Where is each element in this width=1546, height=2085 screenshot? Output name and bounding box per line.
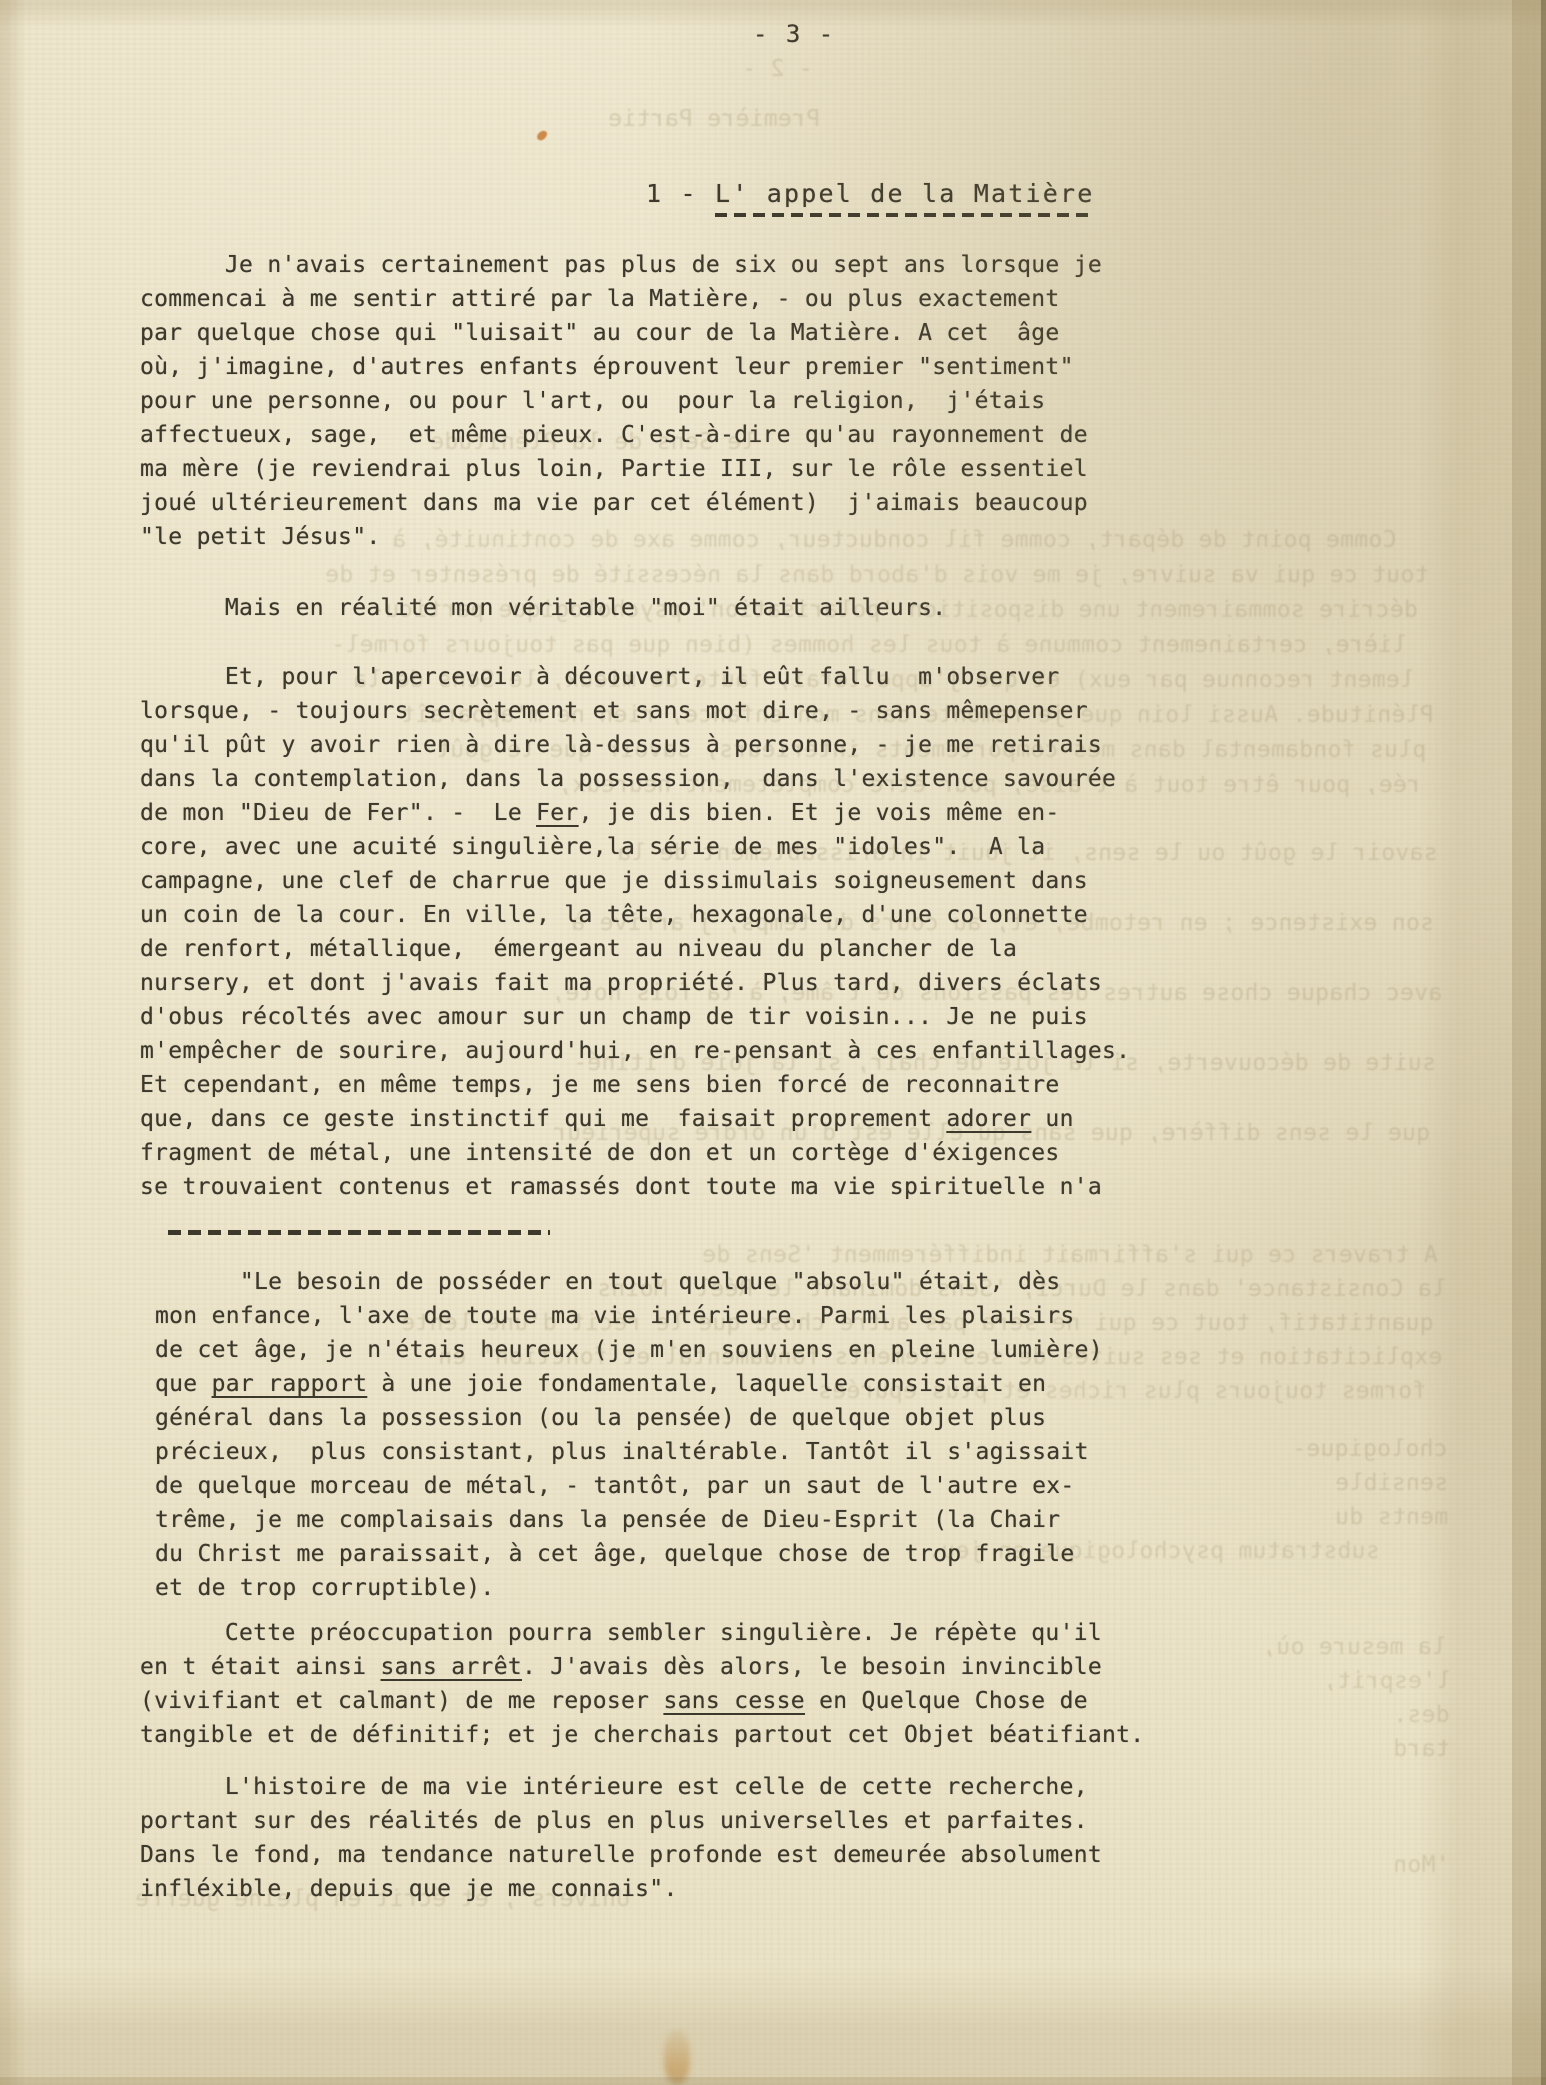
bleedthrough-text: chologique- <box>1292 1432 1448 1466</box>
typescript-page: - 2 -Première Partiele Sens de la Plénit… <box>0 0 1546 2085</box>
text-line: Cette préoccupation pourra sembler singu… <box>140 1616 1220 1650</box>
text-line: qu'il pût y avoir rien à dire là-dessus … <box>140 728 1220 762</box>
text-line: de cet âge, je n'étais heureux (je m'en … <box>155 1333 1220 1367</box>
text-line: m'empêcher de sourire, aujourd'hui, en r… <box>140 1034 1220 1068</box>
bleedthrough-text: sensible <box>1335 1466 1448 1500</box>
paragraph-6: L'histoire de ma vie intérieure est cell… <box>140 1770 1220 1906</box>
text-line: joué ultérieurement dans ma vie par cet … <box>140 486 1220 520</box>
text-line: par quelque chose qui "luisait" au cour … <box>140 316 1220 350</box>
page-number: - 3 - <box>753 20 835 48</box>
text-line: de mon "Dieu de Fer". - Le Fer, je dis b… <box>140 796 1220 830</box>
text-line: d'obus récoltés avec amour sur un champ … <box>140 1000 1220 1034</box>
text-line: nursery, et dont j'avais fait ma proprié… <box>140 966 1220 1000</box>
paragraph-2: Mais en réalité mon véritable "moi" étai… <box>140 591 1220 625</box>
text-line: du Christ me paraissait, à cet âge, quel… <box>155 1537 1220 1571</box>
paper-stain <box>664 2030 690 2085</box>
bleedthrough-text: ments du <box>1335 1500 1448 1534</box>
bleedthrough-text: Première Partie <box>608 102 820 136</box>
text-line: général dans la possession (ou la pensée… <box>155 1401 1220 1435</box>
text-line: infléxible, depuis que je me connais". <box>140 1872 1220 1906</box>
text-line: Et, pour l'apercevoir à découvert, il eû… <box>140 660 1220 694</box>
paragraph-5: Cette préoccupation pourra sembler singu… <box>140 1616 1220 1752</box>
text-line: et de trop corruptible). <box>155 1571 1220 1605</box>
text-line: de renfort, métallique, émergeant au niv… <box>140 932 1220 966</box>
text-line: Dans le fond, ma tendance naturelle prof… <box>140 1838 1220 1872</box>
text-line: un coin de la cour. En ville, la tête, h… <box>140 898 1220 932</box>
bleedthrough-text: - 2 - <box>742 52 813 86</box>
section-number: 1 - <box>646 179 715 208</box>
text-line: se trouvaient contenus et ramassés dont … <box>140 1170 1220 1204</box>
bleedthrough-text: tard <box>1393 1732 1450 1766</box>
text-line: où, j'imagine, d'autres enfants éprouven… <box>140 350 1220 384</box>
paragraph-1: Je n'avais certainement pas plus de six … <box>140 248 1220 554</box>
paragraph-3: Et, pour l'apercevoir à découvert, il eû… <box>140 660 1220 1204</box>
bleedthrough-text: la mesure où, <box>1262 1630 1446 1664</box>
text-line: trême, je me complaisais dans la pensée … <box>155 1503 1220 1537</box>
text-line: "Le besoin de posséder en tout quelque "… <box>155 1265 1220 1299</box>
text-line: affectueux, sage, et même pieux. C'est-à… <box>140 418 1220 452</box>
text-line: Mais en réalité mon véritable "moi" étai… <box>140 591 1220 625</box>
dashed-separator <box>168 1230 550 1235</box>
text-line: que, dans ce geste instinctif qui me fai… <box>140 1102 1220 1136</box>
text-line: tangible et de définitif; et je cherchai… <box>140 1718 1220 1752</box>
typed-text-body: Je n'avais certainement pas plus de six … <box>140 248 1220 1906</box>
bleedthrough-text: l'esprit, <box>1323 1664 1450 1698</box>
text-line: Et cependant, en même temps, je me sens … <box>140 1068 1220 1102</box>
text-line: de quelque morceau de métal, - tantôt, p… <box>155 1469 1220 1503</box>
text-line: campagne, une clef de charrue que je dis… <box>140 864 1220 898</box>
text-line: L'histoire de ma vie intérieure est cell… <box>140 1770 1220 1804</box>
bleedthrough-text: des. <box>1393 1698 1450 1732</box>
text-line: que par rapport à une joie fondamentale,… <box>155 1367 1220 1401</box>
text-line: fragment de métal, une intensité de don … <box>140 1136 1220 1170</box>
text-line: précieux, plus consistant, plus inaltéra… <box>155 1435 1220 1469</box>
text-line: en t était ainsi sans arrêt. J'avais dès… <box>140 1650 1220 1684</box>
text-line: pour une personne, ou pour l'art, ou pou… <box>140 384 1220 418</box>
bleedthrough-text: 'Mon <box>1393 1848 1450 1882</box>
text-line: "le petit Jésus". <box>140 520 1220 554</box>
text-line: ma mère (je reviendrai plus loin, Partie… <box>140 452 1220 486</box>
text-line: Je n'avais certainement pas plus de six … <box>140 248 1220 282</box>
text-line: portant sur des réalités de plus en plus… <box>140 1804 1220 1838</box>
section-heading: 1 - L' appel de la Matière <box>577 150 1095 246</box>
text-line: commencai à me sentir attiré par la Mati… <box>140 282 1220 316</box>
section-title: L' appel de la Matière <box>715 179 1095 217</box>
text-line: lorsque, - toujours secrètement et sans … <box>140 694 1220 728</box>
text-line: mon enfance, l'axe de toute ma vie intér… <box>155 1299 1220 1333</box>
text-line: (vivifiant et calmant) de me reposer san… <box>140 1684 1220 1718</box>
text-line: core, avec une acuité singulière,la séri… <box>140 830 1220 864</box>
text-line: dans la contemplation, dans la possessio… <box>140 762 1220 796</box>
paragraph-4-footnote: "Le besoin de posséder en tout quelque "… <box>155 1265 1220 1605</box>
